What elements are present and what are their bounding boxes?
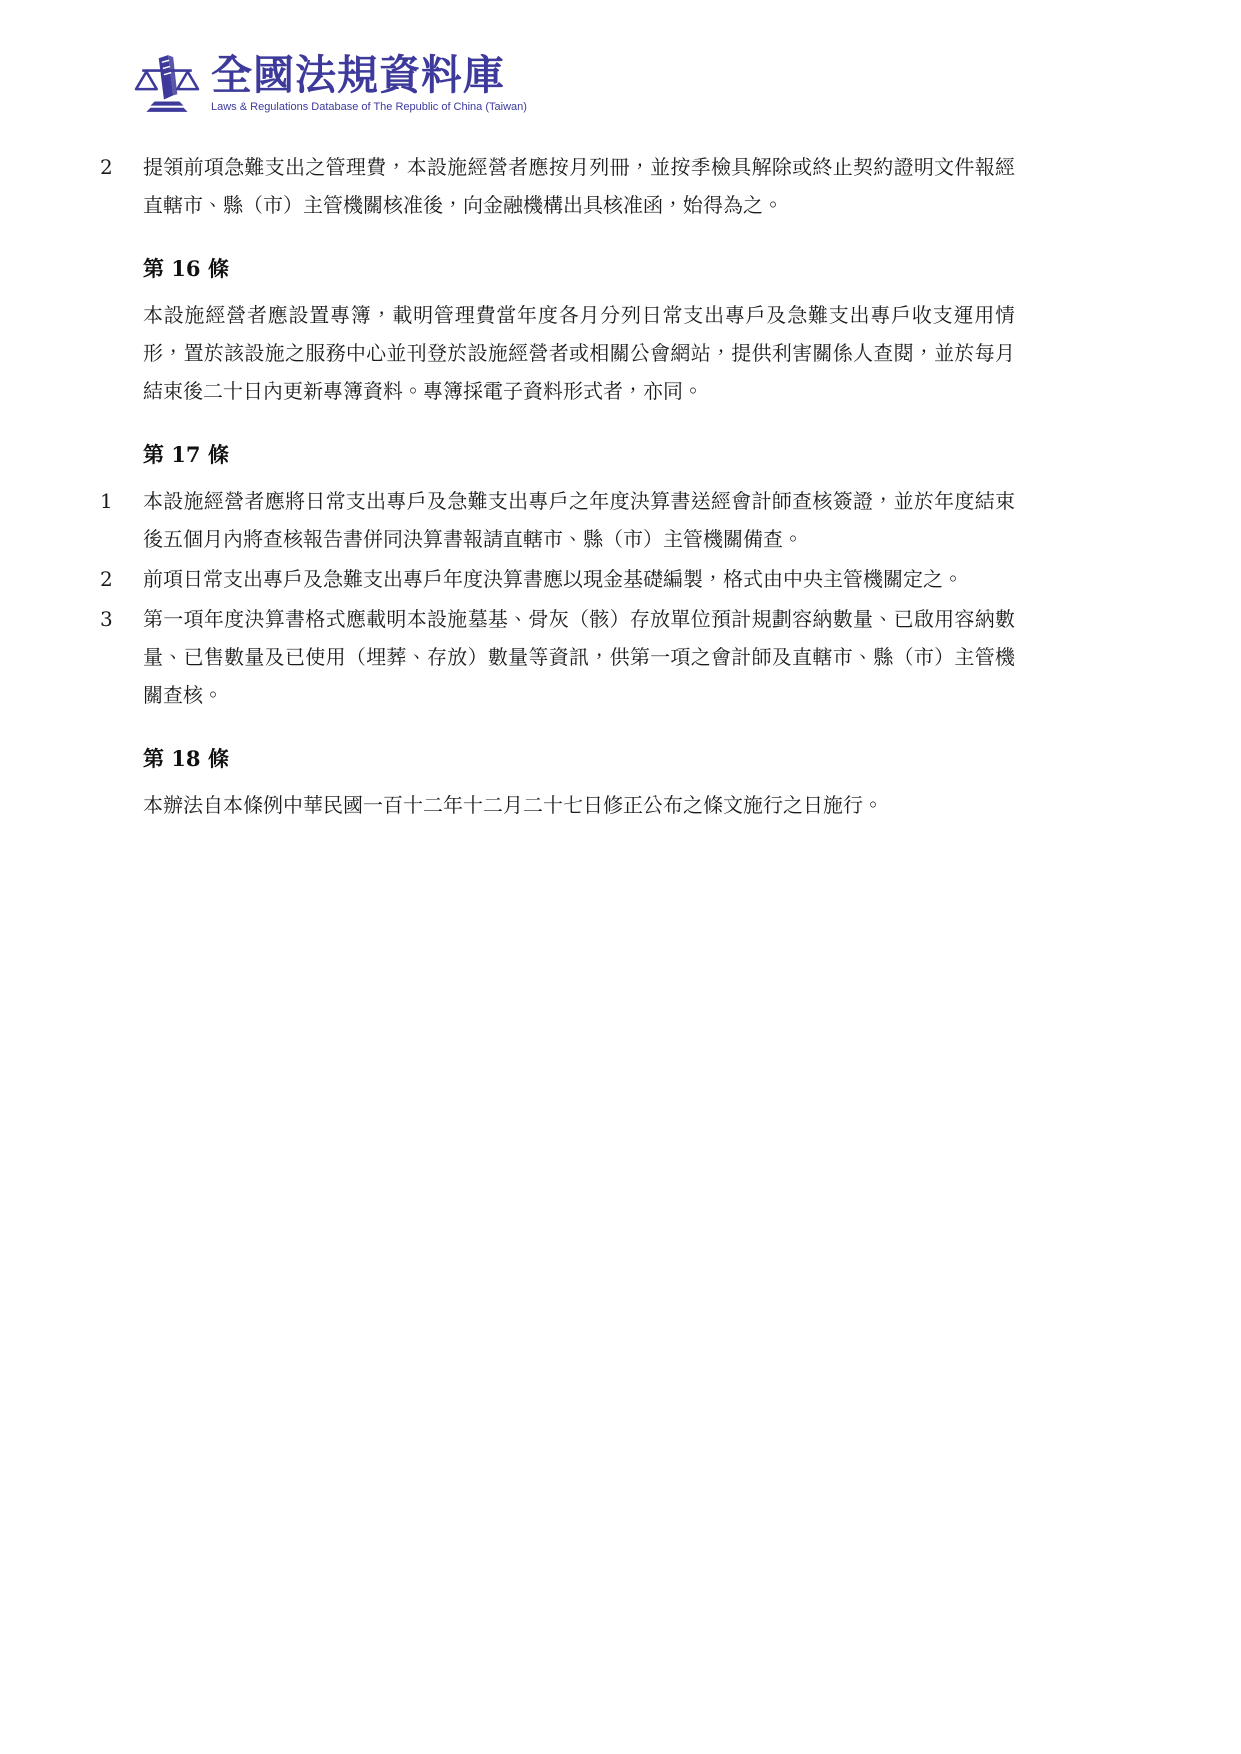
site-title: 全國法規資料庫 [211, 52, 527, 98]
article-heading-16: 第 16 條 [143, 254, 1015, 284]
item-number: 2 [100, 560, 143, 598]
law-item: 2 前項日常支出專戶及急難支出專戶年度決算書應以現金基礎編製，格式由中央主管機關… [100, 560, 1015, 598]
item-text: 提領前項急難支出之管理費，本設施經營者應按月列冊，並按季檢具解除或終止契約證明文… [143, 148, 1015, 224]
law-item: 1 本設施經營者應將日常支出專戶及急難支出專戶之年度決算書送經會計師查核簽證，並… [100, 482, 1015, 558]
law-item: 3 第一項年度決算書格式應載明本設施墓基、骨灰（骸）存放單位預計規劃容納數量、已… [100, 600, 1015, 714]
scales-and-book-icon [133, 52, 201, 118]
article-paragraph: 本設施經營者應設置專簿，載明管理費當年度各月分列日常支出專戶及急難支出專戶收支運… [143, 296, 1015, 410]
item-text: 第一項年度決算書格式應載明本設施墓基、骨灰（骸）存放單位預計規劃容納數量、已啟用… [143, 600, 1015, 714]
site-logo: 全國法規資料庫 Laws & Regulations Database of T… [133, 52, 527, 118]
article-heading-18: 第 18 條 [143, 744, 1015, 774]
law-item: 2 提領前項急難支出之管理費，本設施經營者應按月列冊，並按季檢具解除或終止契約證… [100, 148, 1015, 224]
item-text: 前項日常支出專戶及急難支出專戶年度決算書應以現金基礎編製，格式由中央主管機關定之… [143, 560, 1015, 598]
law-document-page: 全國法規資料庫 Laws & Regulations Database of T… [0, 0, 1241, 1754]
site-subtitle: Laws & Regulations Database of The Repub… [211, 100, 527, 114]
item-number: 3 [100, 600, 143, 714]
article-heading-17: 第 17 條 [143, 440, 1015, 470]
article-paragraph: 本辦法自本條例中華民國一百十二年十二月二十七日修正公布之條文施行之日施行。 [143, 786, 1015, 824]
item-number: 2 [100, 148, 143, 224]
item-number: 1 [100, 482, 143, 558]
item-text: 本設施經營者應將日常支出專戶及急難支出專戶之年度決算書送經會計師查核簽證，並於年… [143, 482, 1015, 558]
law-content: 2 提領前項急難支出之管理費，本設施經營者應按月列冊，並按季檢具解除或終止契約證… [100, 148, 1015, 826]
